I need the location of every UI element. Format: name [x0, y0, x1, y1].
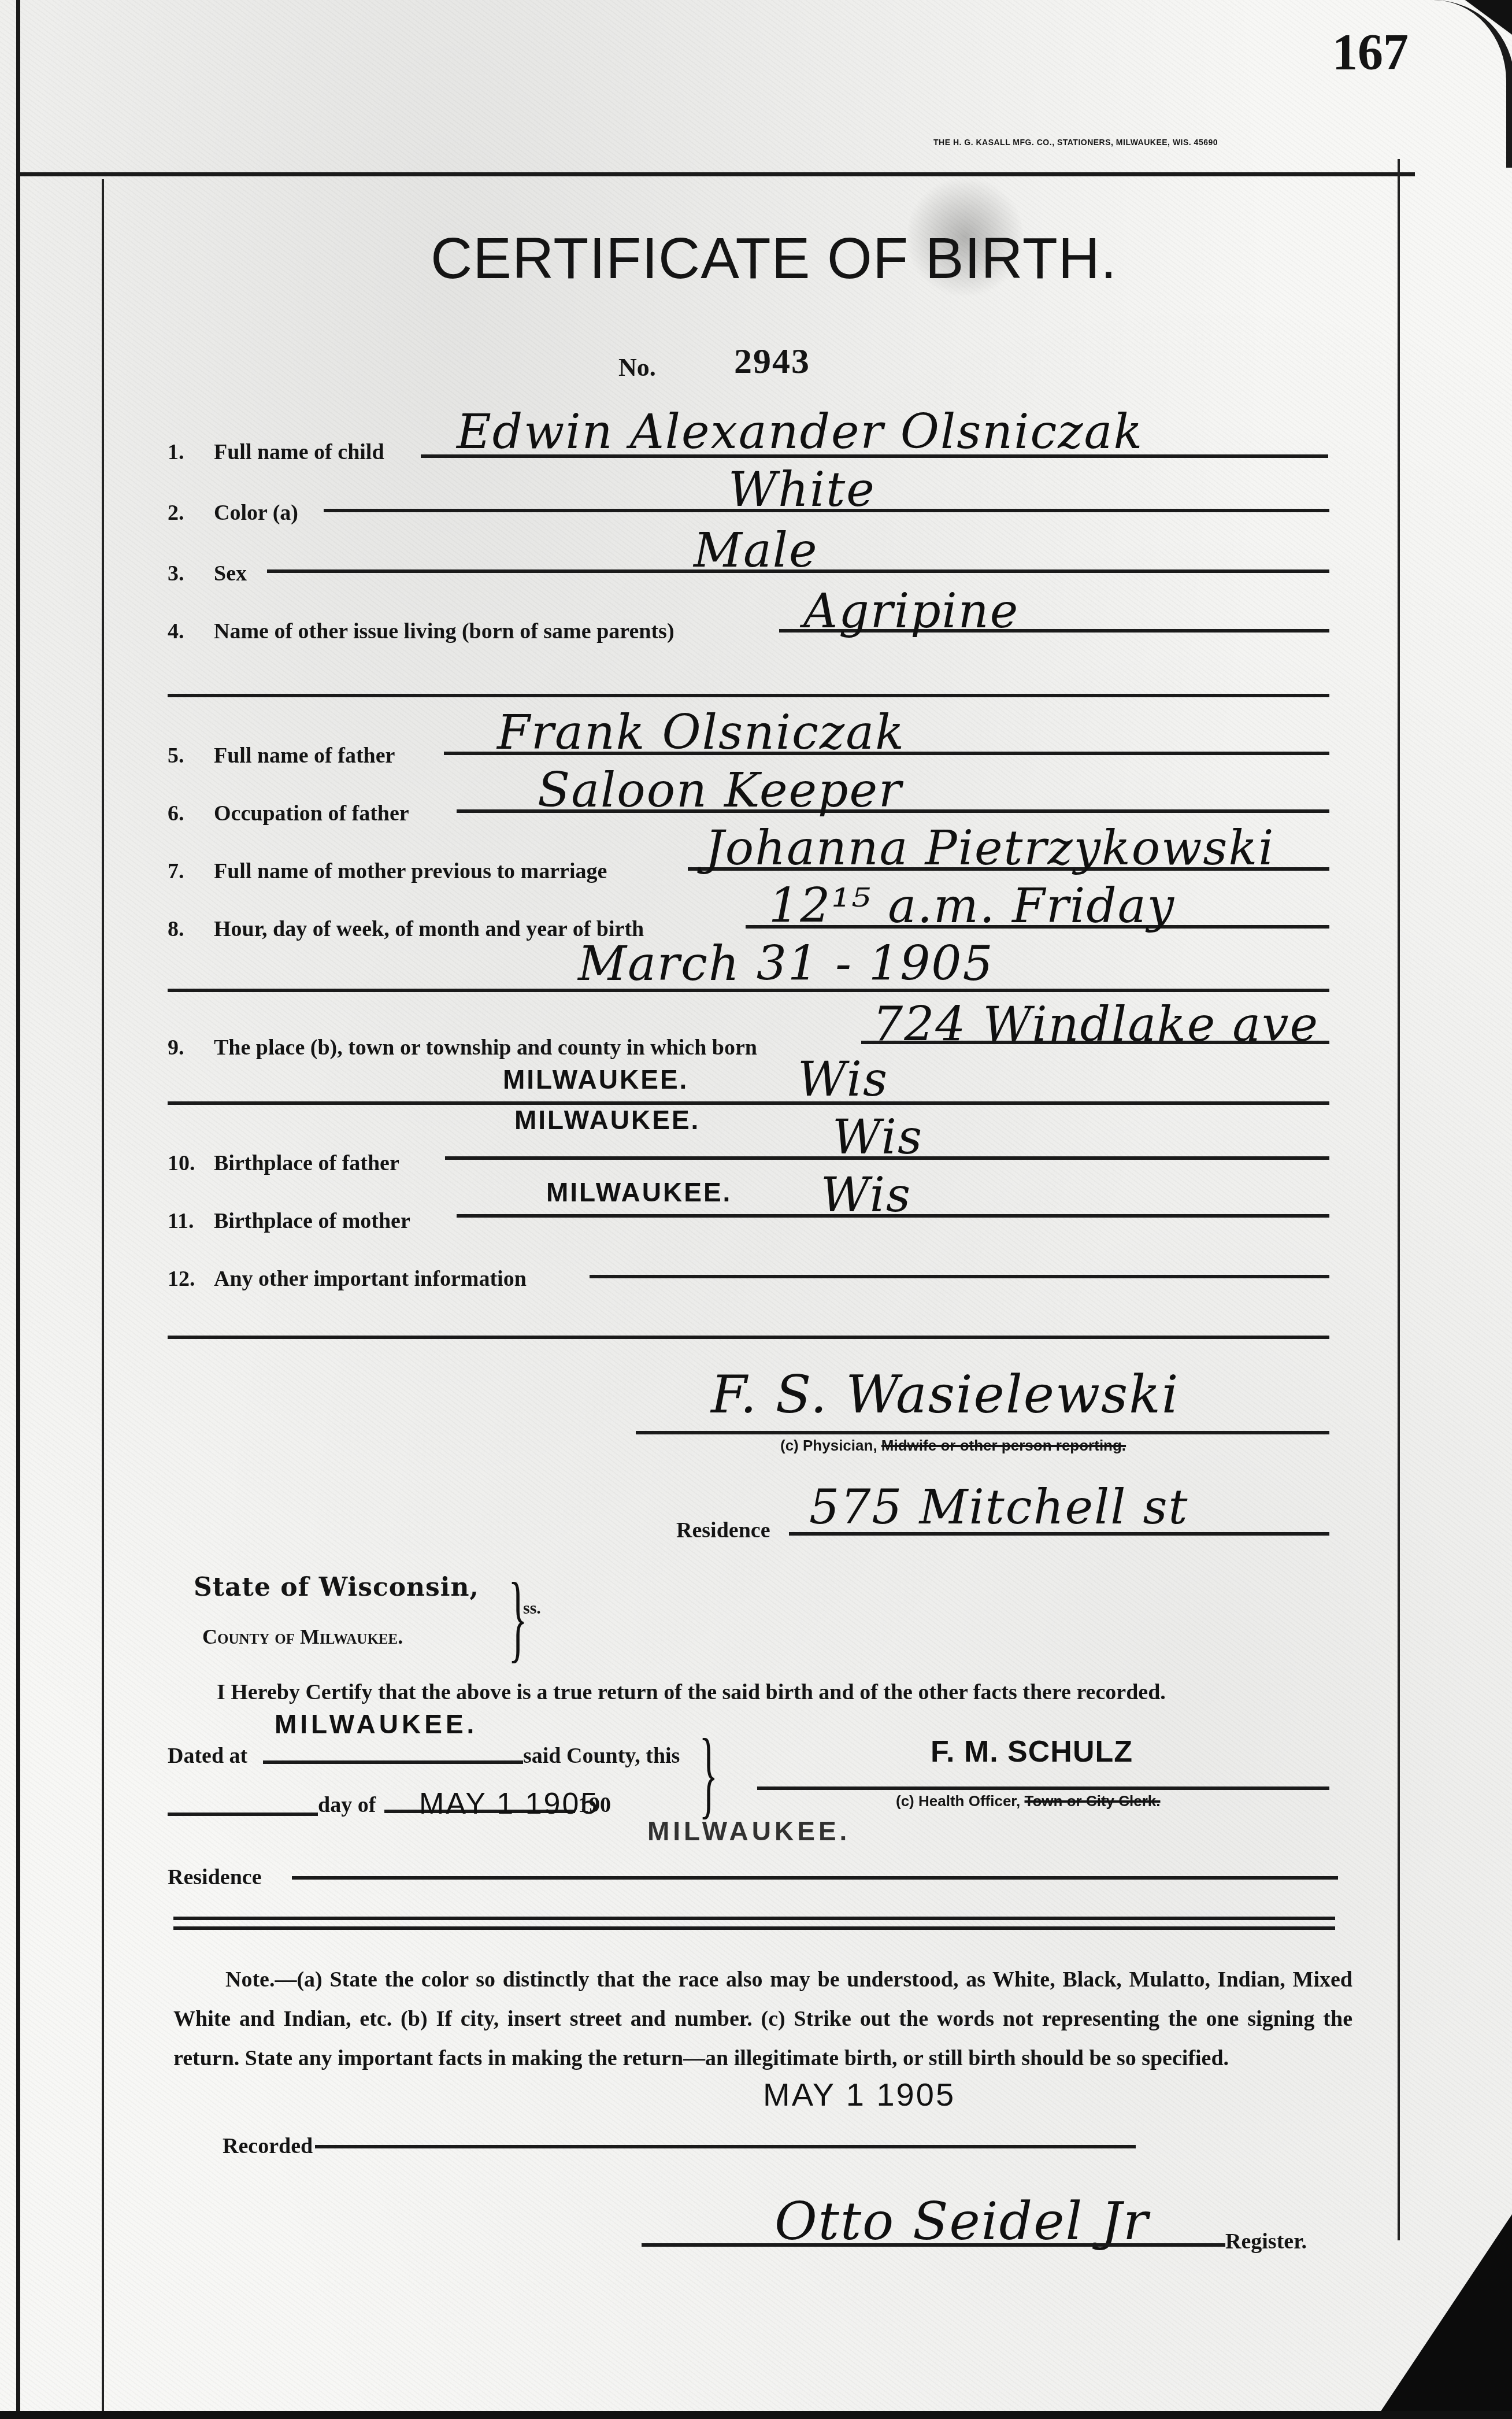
certification-statement: I Hereby Certify that the above is a tru… — [217, 1680, 1166, 1705]
field-father-occupation-value: Saloon Keeper — [538, 763, 902, 818]
dated-at-rule — [263, 1760, 523, 1764]
health-officer-caption: (c) Health Officer, Town or City Clerk. — [896, 1792, 1161, 1810]
field-other-issue-rule-2 — [168, 694, 1329, 697]
field-birth-time-rule-2 — [168, 989, 1329, 992]
page-title: CERTIFICATE OF BIRTH. — [431, 225, 1117, 292]
certification-brace: } — [699, 1717, 718, 1830]
top-rule — [16, 172, 1415, 176]
health-officer-stamp: F. M. SCHULZ — [931, 1734, 1133, 1769]
recorded-label: Recorded — [223, 2133, 313, 2159]
field-birthplace-rule-2 — [168, 1101, 1329, 1105]
field-father-birthplace-label: 10.Birthplace of father — [168, 1151, 399, 1176]
field-father-name-value: Frank Olsniczak — [497, 705, 905, 760]
field-father-occupation-label: 6.Occupation of father — [168, 801, 409, 826]
left-binding-line — [16, 0, 20, 2419]
field-father-birthplace-value: Wis — [832, 1110, 923, 1165]
field-mother-name-label: 7.Full name of mother previous to marria… — [168, 859, 607, 884]
field-color-label: 2.Color (a) — [168, 500, 298, 526]
recorded-date-stamp: MAY 1 1905 — [763, 2076, 955, 2113]
field-other-info-rule-2 — [168, 1336, 1329, 1339]
field-other-issue-label: 4.Name of other issue living (born of sa… — [168, 619, 675, 644]
certificate-number-label: No. — [618, 353, 656, 382]
residence-stamp: MILWAUKEE. — [647, 1815, 850, 1847]
instructions-note: Note.—(a) State the color so distinctly … — [173, 1960, 1352, 2078]
county-heading: County of Milwaukee. — [202, 1625, 403, 1649]
register-label: Register. — [1225, 2229, 1307, 2254]
double-rule-bottom — [173, 1926, 1335, 1930]
day-of-label: day of — [318, 1792, 376, 1818]
double-rule-top — [173, 1917, 1335, 1920]
certifier-residence-rule — [292, 1876, 1338, 1880]
certificate-number: 2943 — [734, 341, 810, 382]
year-prefix: 190 — [578, 1792, 611, 1818]
field-color-value: White — [728, 463, 876, 517]
field-birth-time-label: 8.Hour, day of week, of month and year o… — [168, 916, 644, 942]
field-father-name-label: 5.Full name of father — [168, 743, 395, 768]
page-number: 167 — [1332, 23, 1409, 82]
state-heading: State of Wisconsin, — [194, 1573, 479, 1602]
health-officer-rule — [757, 1786, 1329, 1790]
field-child-name-value: Edwin Alexander Olsniczak — [457, 405, 1143, 460]
field-mother-birthplace-value: Wis — [821, 1168, 911, 1223]
said-county-label: said County, this — [523, 1743, 680, 1769]
field-sex-label: 3.Sex — [168, 561, 247, 586]
physician-caption: (c) Physician, Midwife or other person r… — [780, 1437, 1126, 1455]
ss-label: ss. — [523, 1599, 541, 1618]
field-birthplace-label: 9.The place (b), town or township and co… — [168, 1035, 757, 1060]
field-other-info-label: 12.Any other important information — [168, 1266, 527, 1292]
field-mother-name-value: Johanna Pietrzykowski — [705, 821, 1274, 876]
physician-signature-rule — [636, 1431, 1329, 1434]
printer-imprint: THE H. G. KASALL MFG. CO., STATIONERS, M… — [933, 138, 1218, 147]
physician-signature: F. S. Wasielewski — [711, 1364, 1179, 1425]
field-other-issue-value: Agripine — [803, 584, 1019, 639]
field-birth-date-value: March 31 - 1905 — [578, 937, 994, 992]
field-birth-time-value: 12¹⁵ a.m. Friday — [769, 879, 1175, 934]
field-other-info-rule — [590, 1275, 1329, 1278]
physician-residence-value: 575 Mitchell st — [809, 1480, 1189, 1535]
field-birthplace-stamp: MILWAUKEE. — [503, 1064, 688, 1095]
register-rule — [642, 2243, 1225, 2247]
field-birthplace-value: 724 Windlake ave — [873, 997, 1319, 1052]
field-sex-value: Male — [694, 523, 818, 578]
field-birthplace-state: Wis — [798, 1052, 888, 1107]
date-stamp: MAY 1 1905 — [419, 1786, 599, 1821]
field-child-name-label: 1.Full name of child — [168, 439, 384, 465]
field-mother-birthplace-stamp: MILWAUKEE. — [546, 1177, 732, 1208]
right-margin-line — [1398, 159, 1400, 2240]
field-mother-birthplace-label: 11.Birthplace of mother — [168, 1208, 410, 1234]
recorded-rule — [315, 2145, 1136, 2148]
dated-at-label: Dated at — [168, 1743, 247, 1769]
dated-at-stamp: MILWAUKEE. — [275, 1708, 477, 1740]
left-margin-line — [102, 179, 104, 2411]
field-father-birthplace-stamp: MILWAUKEE. — [514, 1104, 700, 1135]
physician-residence-label: Residence — [676, 1518, 770, 1543]
certifier-residence-label: Residence — [168, 1865, 262, 1890]
page-bottom-edge — [0, 2411, 1512, 2419]
day-rule — [168, 1813, 318, 1816]
